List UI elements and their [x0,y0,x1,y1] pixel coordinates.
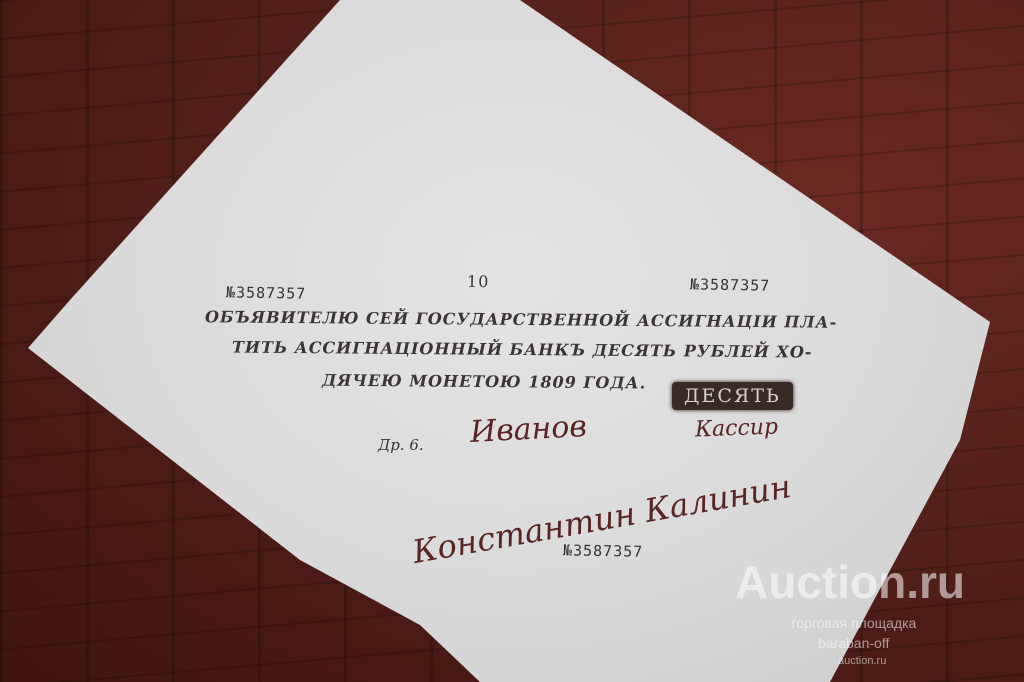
series-mark: Др. 6. [378,436,424,454]
watermark-tagline: торговая площадка [790,615,916,631]
denomination-stamp: ДЕСЯТЬ [672,382,793,410]
watermark-brand: Auction.ru [735,555,965,609]
serial-number-top-right: №3587357 [690,275,771,294]
serial-number-bottom: №3587357 [563,541,644,560]
text-line-3: ДЯЧЕЮ МОНЕТОЮ 1809 ГОДА. [322,371,646,393]
watermark-seller: baraban-off [818,635,889,651]
signature-2: Кассир [695,415,779,443]
signature-1: Иванов [469,409,587,450]
denomination-number: 10 [467,272,490,291]
serial-number-top-left: №3587357 [226,283,307,302]
watermark-domain: auction.ru [838,655,886,667]
